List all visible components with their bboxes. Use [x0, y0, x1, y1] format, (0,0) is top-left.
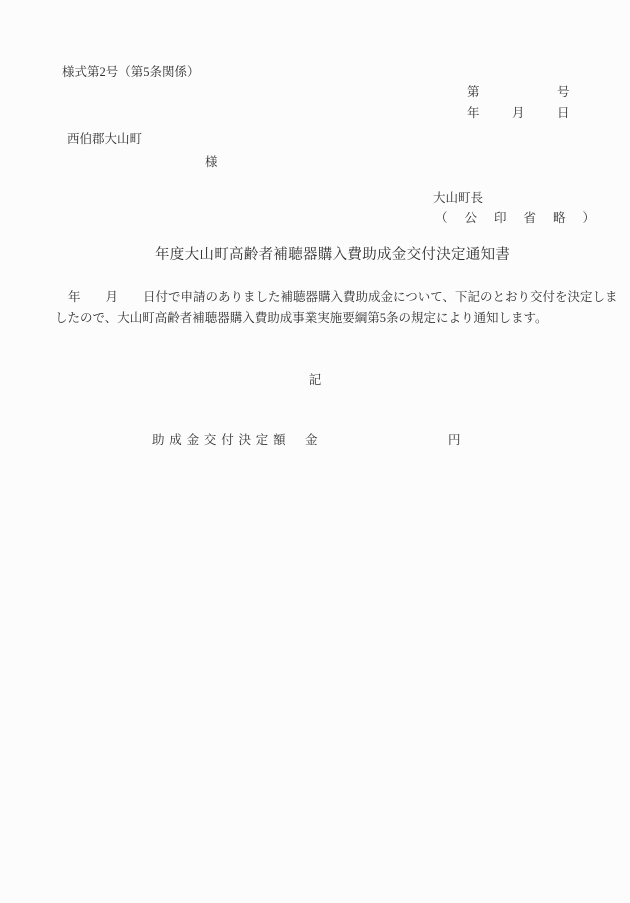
form-number: 様式第2号（第5条関係）	[62, 66, 200, 79]
grant-amount-currency-prefix: 金	[305, 434, 318, 447]
record-heading: 記	[0, 374, 630, 387]
addressee-honorific: 様	[205, 156, 218, 169]
document-title: 年度大山町高齢者補聴器購入費助成金交付決定通知書	[155, 248, 510, 263]
sender-title: 大山町長	[433, 192, 483, 205]
grant-amount-label: 助成金交付決定額	[152, 434, 290, 447]
document-page: 様式第2号（第5条関係） 第 号 年 月 日 西伯郡大山町 様 大山町長 （公印…	[0, 0, 630, 903]
issue-date-year-label: 年	[467, 107, 480, 120]
document-number-prefix: 第	[467, 86, 480, 99]
addressee-name: 西伯郡大山町	[67, 133, 142, 146]
body-paragraph-line2: したので、大山町高齢者補聴器購入費助成事業実施要綱第5条の規定により通知します。	[55, 312, 548, 325]
document-number-suffix: 号	[557, 86, 570, 99]
issue-date-day-label: 日	[557, 107, 570, 120]
seal-omission-note: （公印省略）	[435, 212, 612, 225]
issue-date-month-label: 月	[512, 107, 525, 120]
body-paragraph-line1: 年 月 日付で申請のありました補聴器購入費助成金について、下記のとおり交付を決定…	[68, 291, 618, 304]
grant-amount-currency-unit: 円	[448, 434, 461, 447]
